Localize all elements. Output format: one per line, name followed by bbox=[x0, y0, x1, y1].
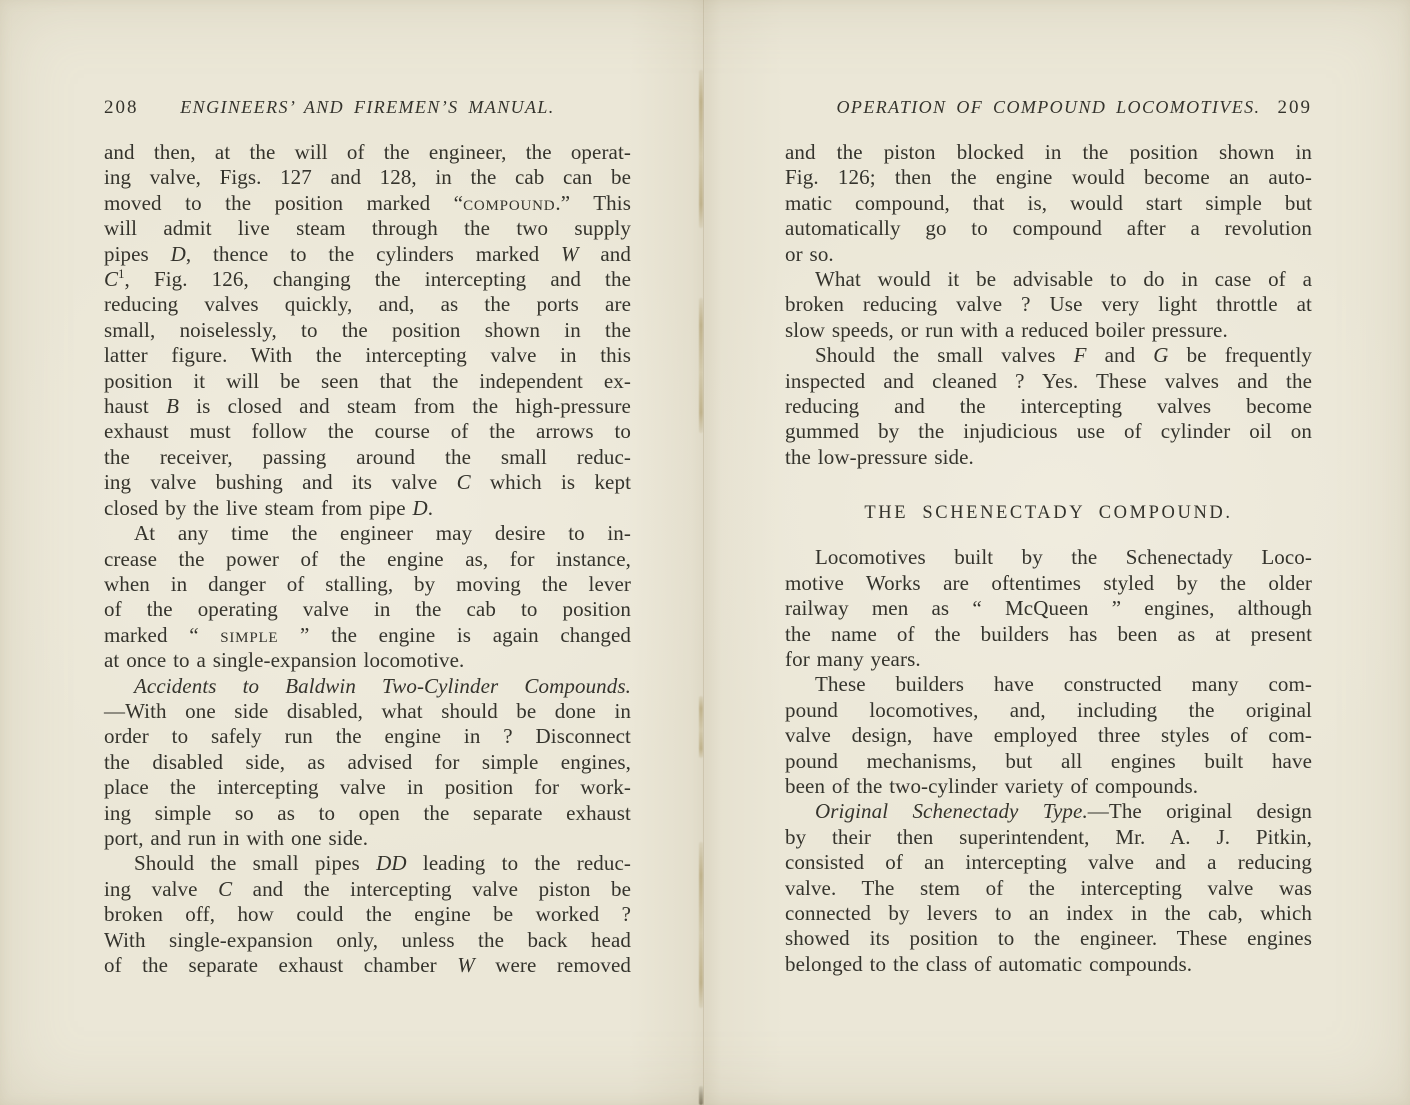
paragraph: What would it be advisable to do in case… bbox=[785, 267, 1312, 343]
text-line: haust B is closed and steam from the hig… bbox=[104, 394, 631, 419]
text-line: —With one side disabled, what should be … bbox=[104, 699, 631, 724]
page-number: 209 bbox=[1278, 97, 1313, 119]
text-line: the disabled side, as advised for simple… bbox=[104, 750, 631, 775]
text-line: Should the small pipes DD leading to the… bbox=[104, 851, 631, 876]
page-number: 208 bbox=[104, 97, 139, 119]
book-scan: 208 ENGINEERS’ AND FIREMEN’S MANUAL. and… bbox=[0, 0, 1410, 1105]
superscript-text: 1 bbox=[118, 267, 124, 281]
text-line: pound mechanisms, but all engines built … bbox=[785, 749, 1312, 774]
text-line: pipes D, thence to the cylinders marked … bbox=[104, 242, 631, 267]
italic-text: B bbox=[166, 394, 179, 418]
paragraph: Accidents to Baldwin Two-Cylinder Compou… bbox=[104, 674, 631, 852]
text-line: at once to a single-expansion locomotive… bbox=[104, 648, 631, 673]
text-line: and the piston blocked in the position s… bbox=[785, 140, 1312, 165]
text-line: crease the power of the engine as, for i… bbox=[104, 547, 631, 572]
text-line: These builders have constructed many com… bbox=[785, 672, 1312, 697]
binding-thread-mark bbox=[699, 696, 703, 758]
italic-text: Accidents to Baldwin Two-Cylinder Compou… bbox=[134, 674, 631, 698]
text-line: automatically go to compound after a rev… bbox=[785, 216, 1312, 241]
text-line: place the intercepting valve in position… bbox=[104, 775, 631, 800]
italic-text: C bbox=[104, 267, 118, 291]
text-line: Should the small valves F and G be frequ… bbox=[785, 343, 1312, 368]
text-line: valve design, have employed three styles… bbox=[785, 723, 1312, 748]
italic-text: D bbox=[413, 496, 428, 520]
text-line: moved to the position marked “compound.”… bbox=[104, 191, 631, 216]
page-header: 208 ENGINEERS’ AND FIREMEN’S MANUAL. bbox=[104, 97, 631, 121]
text-line: will admit live steam through the two su… bbox=[104, 216, 631, 241]
text-line: railway men as “ McQueen ” engines, alth… bbox=[785, 596, 1312, 621]
text-line: ing valve bushing and its valve C which … bbox=[104, 470, 631, 495]
text-line: by their then superintendent, Mr. A. J. … bbox=[785, 825, 1312, 850]
binding-thread-mark bbox=[699, 70, 703, 228]
paragraph: These builders have constructed many com… bbox=[785, 672, 1312, 799]
text-line: of the operating valve in the cab to pos… bbox=[104, 597, 631, 622]
left-page: 208 ENGINEERS’ AND FIREMEN’S MANUAL. and… bbox=[104, 0, 631, 1105]
text-line: Locomotives built by the Schenectady Loc… bbox=[785, 545, 1312, 570]
italic-text: D bbox=[171, 242, 186, 266]
italic-text: C bbox=[218, 877, 232, 901]
binding-thread-mark bbox=[699, 842, 703, 1008]
text-line: closed by the live steam from pipe D. bbox=[104, 496, 631, 521]
text-line: small, noiselessly, to the position show… bbox=[104, 318, 631, 343]
text-line: broken reducing valve ? Use very light t… bbox=[785, 292, 1312, 317]
text-line: latter figure. With the intercepting val… bbox=[104, 343, 631, 368]
text-line: C1, Fig. 126, changing the intercepting … bbox=[104, 267, 631, 292]
text-line: or so. bbox=[785, 242, 1312, 267]
binding-thread-mark bbox=[699, 298, 703, 433]
text-line: gummed by the injudicious use of cylinde… bbox=[785, 419, 1312, 444]
text-line: pound locomotives, and, including the or… bbox=[785, 698, 1312, 723]
text-line: Original Schenectady Type.—The original … bbox=[785, 799, 1312, 824]
paragraph: Locomotives built by the Schenectady Loc… bbox=[785, 545, 1312, 672]
text-line: the low-pressure side. bbox=[785, 445, 1312, 470]
text-line: port, and run in with one side. bbox=[104, 826, 631, 851]
paragraph: Should the small pipes DD leading to the… bbox=[104, 851, 631, 978]
text-line: consisted of an intercepting valve and a… bbox=[785, 850, 1312, 875]
text-line: inspected and cleaned ? Yes. These valve… bbox=[785, 369, 1312, 394]
page-body: and the piston blocked in the position s… bbox=[785, 140, 1312, 977]
text-line: What would it be advisable to do in case… bbox=[785, 267, 1312, 292]
text-line: With single-expansion only, unless the b… bbox=[104, 928, 631, 953]
paragraph: Original Schenectady Type.—The original … bbox=[785, 799, 1312, 977]
text-line: ing valve, Figs. 127 and 128, in the cab… bbox=[104, 165, 631, 190]
text-line: connected by levers to an index in the c… bbox=[785, 901, 1312, 926]
small-caps-text: simple bbox=[220, 623, 278, 647]
italic-text: DD bbox=[376, 851, 407, 875]
text-line: for many years. bbox=[785, 647, 1312, 672]
text-line: and then, at the will of the engineer, t… bbox=[104, 140, 631, 165]
text-line: marked “ simple ” the engine is again ch… bbox=[104, 623, 631, 648]
text-line: Accidents to Baldwin Two-Cylinder Compou… bbox=[104, 674, 631, 699]
text-line: reducing and the intercepting valves bec… bbox=[785, 394, 1312, 419]
paragraph: and then, at the will of the engineer, t… bbox=[104, 140, 631, 521]
text-line: valve. The stem of the intercepting valv… bbox=[785, 876, 1312, 901]
right-page: OPERATION OF COMPOUND LOCOMOTIVES. 209 a… bbox=[785, 0, 1312, 1105]
section-heading: THE SCHENECTADY COMPOUND. bbox=[785, 501, 1312, 526]
italic-text: W bbox=[457, 953, 475, 977]
text-line: ing valve C and the intercepting valve p… bbox=[104, 877, 631, 902]
italic-text: W bbox=[561, 242, 579, 266]
page-header: OPERATION OF COMPOUND LOCOMOTIVES. 209 bbox=[785, 97, 1312, 121]
running-title: ENGINEERS’ AND FIREMEN’S MANUAL. bbox=[180, 97, 554, 117]
running-title: OPERATION OF COMPOUND LOCOMOTIVES. bbox=[837, 97, 1261, 117]
text-line: showed its position to the engineer. The… bbox=[785, 926, 1312, 951]
text-line: the name of the builders has been as at … bbox=[785, 622, 1312, 647]
text-line: At any time the engineer may desire to i… bbox=[104, 521, 631, 546]
text-line: Fig. 126; then the engine would become a… bbox=[785, 165, 1312, 190]
italic-text: Original Schenectady Type. bbox=[815, 799, 1088, 823]
text-line: exhaust must follow the course of the ar… bbox=[104, 419, 631, 444]
paragraph: At any time the engineer may desire to i… bbox=[104, 521, 631, 673]
small-caps-text: compound bbox=[463, 191, 555, 215]
page-body: and then, at the will of the engineer, t… bbox=[104, 140, 631, 978]
text-line: broken off, how could the engine be work… bbox=[104, 902, 631, 927]
text-line: motive Works are oftentimes styled by th… bbox=[785, 571, 1312, 596]
italic-text: C bbox=[457, 470, 471, 494]
paragraph: and the piston blocked in the position s… bbox=[785, 140, 1312, 267]
spine-crease bbox=[703, 0, 704, 1105]
text-line: slow speeds, or run with a reduced boile… bbox=[785, 318, 1312, 343]
text-line: order to safely run the engine in ? Disc… bbox=[104, 724, 631, 749]
binding-thread-mark bbox=[699, 1086, 703, 1105]
text-line: matic compound, that is, would start sim… bbox=[785, 191, 1312, 216]
text-line: been of the two-cylinder variety of comp… bbox=[785, 774, 1312, 799]
text-line: reducing valves quickly, and, as the por… bbox=[104, 292, 631, 317]
book-gutter bbox=[628, 0, 784, 1105]
text-line: belonged to the class of automatic compo… bbox=[785, 952, 1312, 977]
text-line: the receiver, passing around the small r… bbox=[104, 445, 631, 470]
text-line: position it will be seen that the indepe… bbox=[104, 369, 631, 394]
text-line: of the separate exhaust chamber W were r… bbox=[104, 953, 631, 978]
italic-text: G bbox=[1153, 343, 1168, 367]
text-line: when in danger of stalling, by moving th… bbox=[104, 572, 631, 597]
text-line: ing simple so as to open the separate ex… bbox=[104, 801, 631, 826]
paragraph: Should the small valves F and G be frequ… bbox=[785, 343, 1312, 470]
italic-text: F bbox=[1074, 343, 1087, 367]
